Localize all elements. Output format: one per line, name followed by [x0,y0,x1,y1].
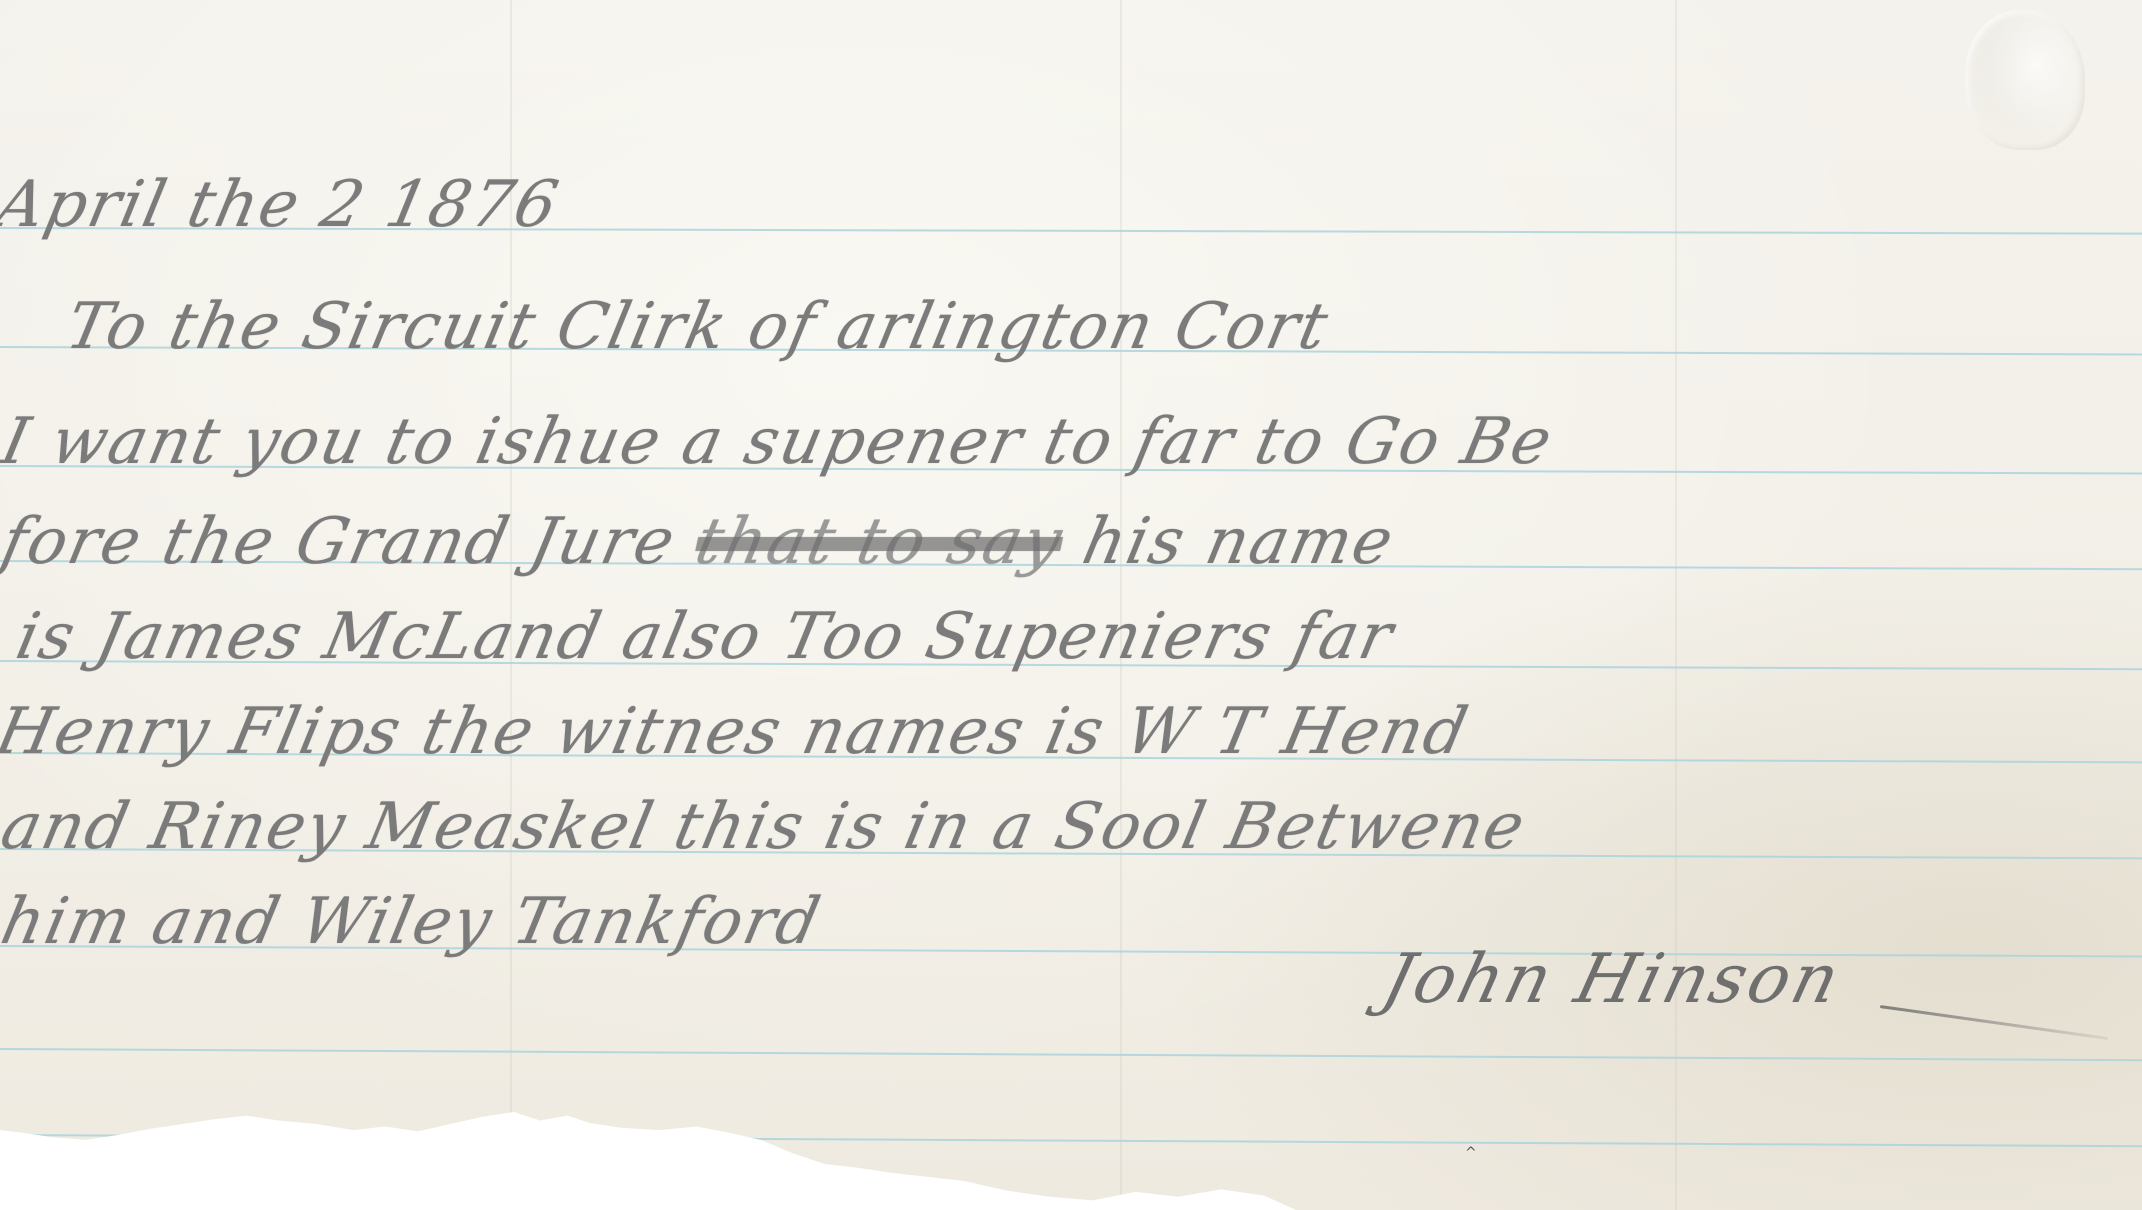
letter-line-7: him and Wiley Tankford [0,885,828,959]
letter-line-1: To the Sircuit Clirk of arlington Cort [60,290,1336,364]
letter-line-3: fore the Grand Jure that to say his name [0,505,1401,579]
pencil-mark: ^ [1465,1145,1477,1161]
letter-line-6: and Riney Measkel this is in a Sool Betw… [0,790,1532,864]
signature-flourish [1880,1005,2108,1040]
letter-line-3-end: his name [1077,505,1402,579]
indian-head-emboss-icon [1965,10,2085,150]
paper-fold [1675,0,1677,1210]
signature: John Hinson [1375,940,1850,1019]
letter-line-3-start: fore the Grand Jure [0,505,683,579]
letter-page: April the 2 1876 To the Sircuit Clirk of… [0,0,2142,1210]
ruled-line [0,1048,2142,1061]
ruled-line [0,1134,2142,1147]
date-line: April the 2 1876 [0,168,566,242]
struck-out-text: that to say [689,505,1070,579]
letter-line-4: is James McLand also Too Supeniers far [10,600,1401,674]
letter-line-2: I want you to ishue a supener to far to … [0,405,1560,479]
letter-line-5: Henry Flips the witnes names is W T Hend [0,695,1475,769]
